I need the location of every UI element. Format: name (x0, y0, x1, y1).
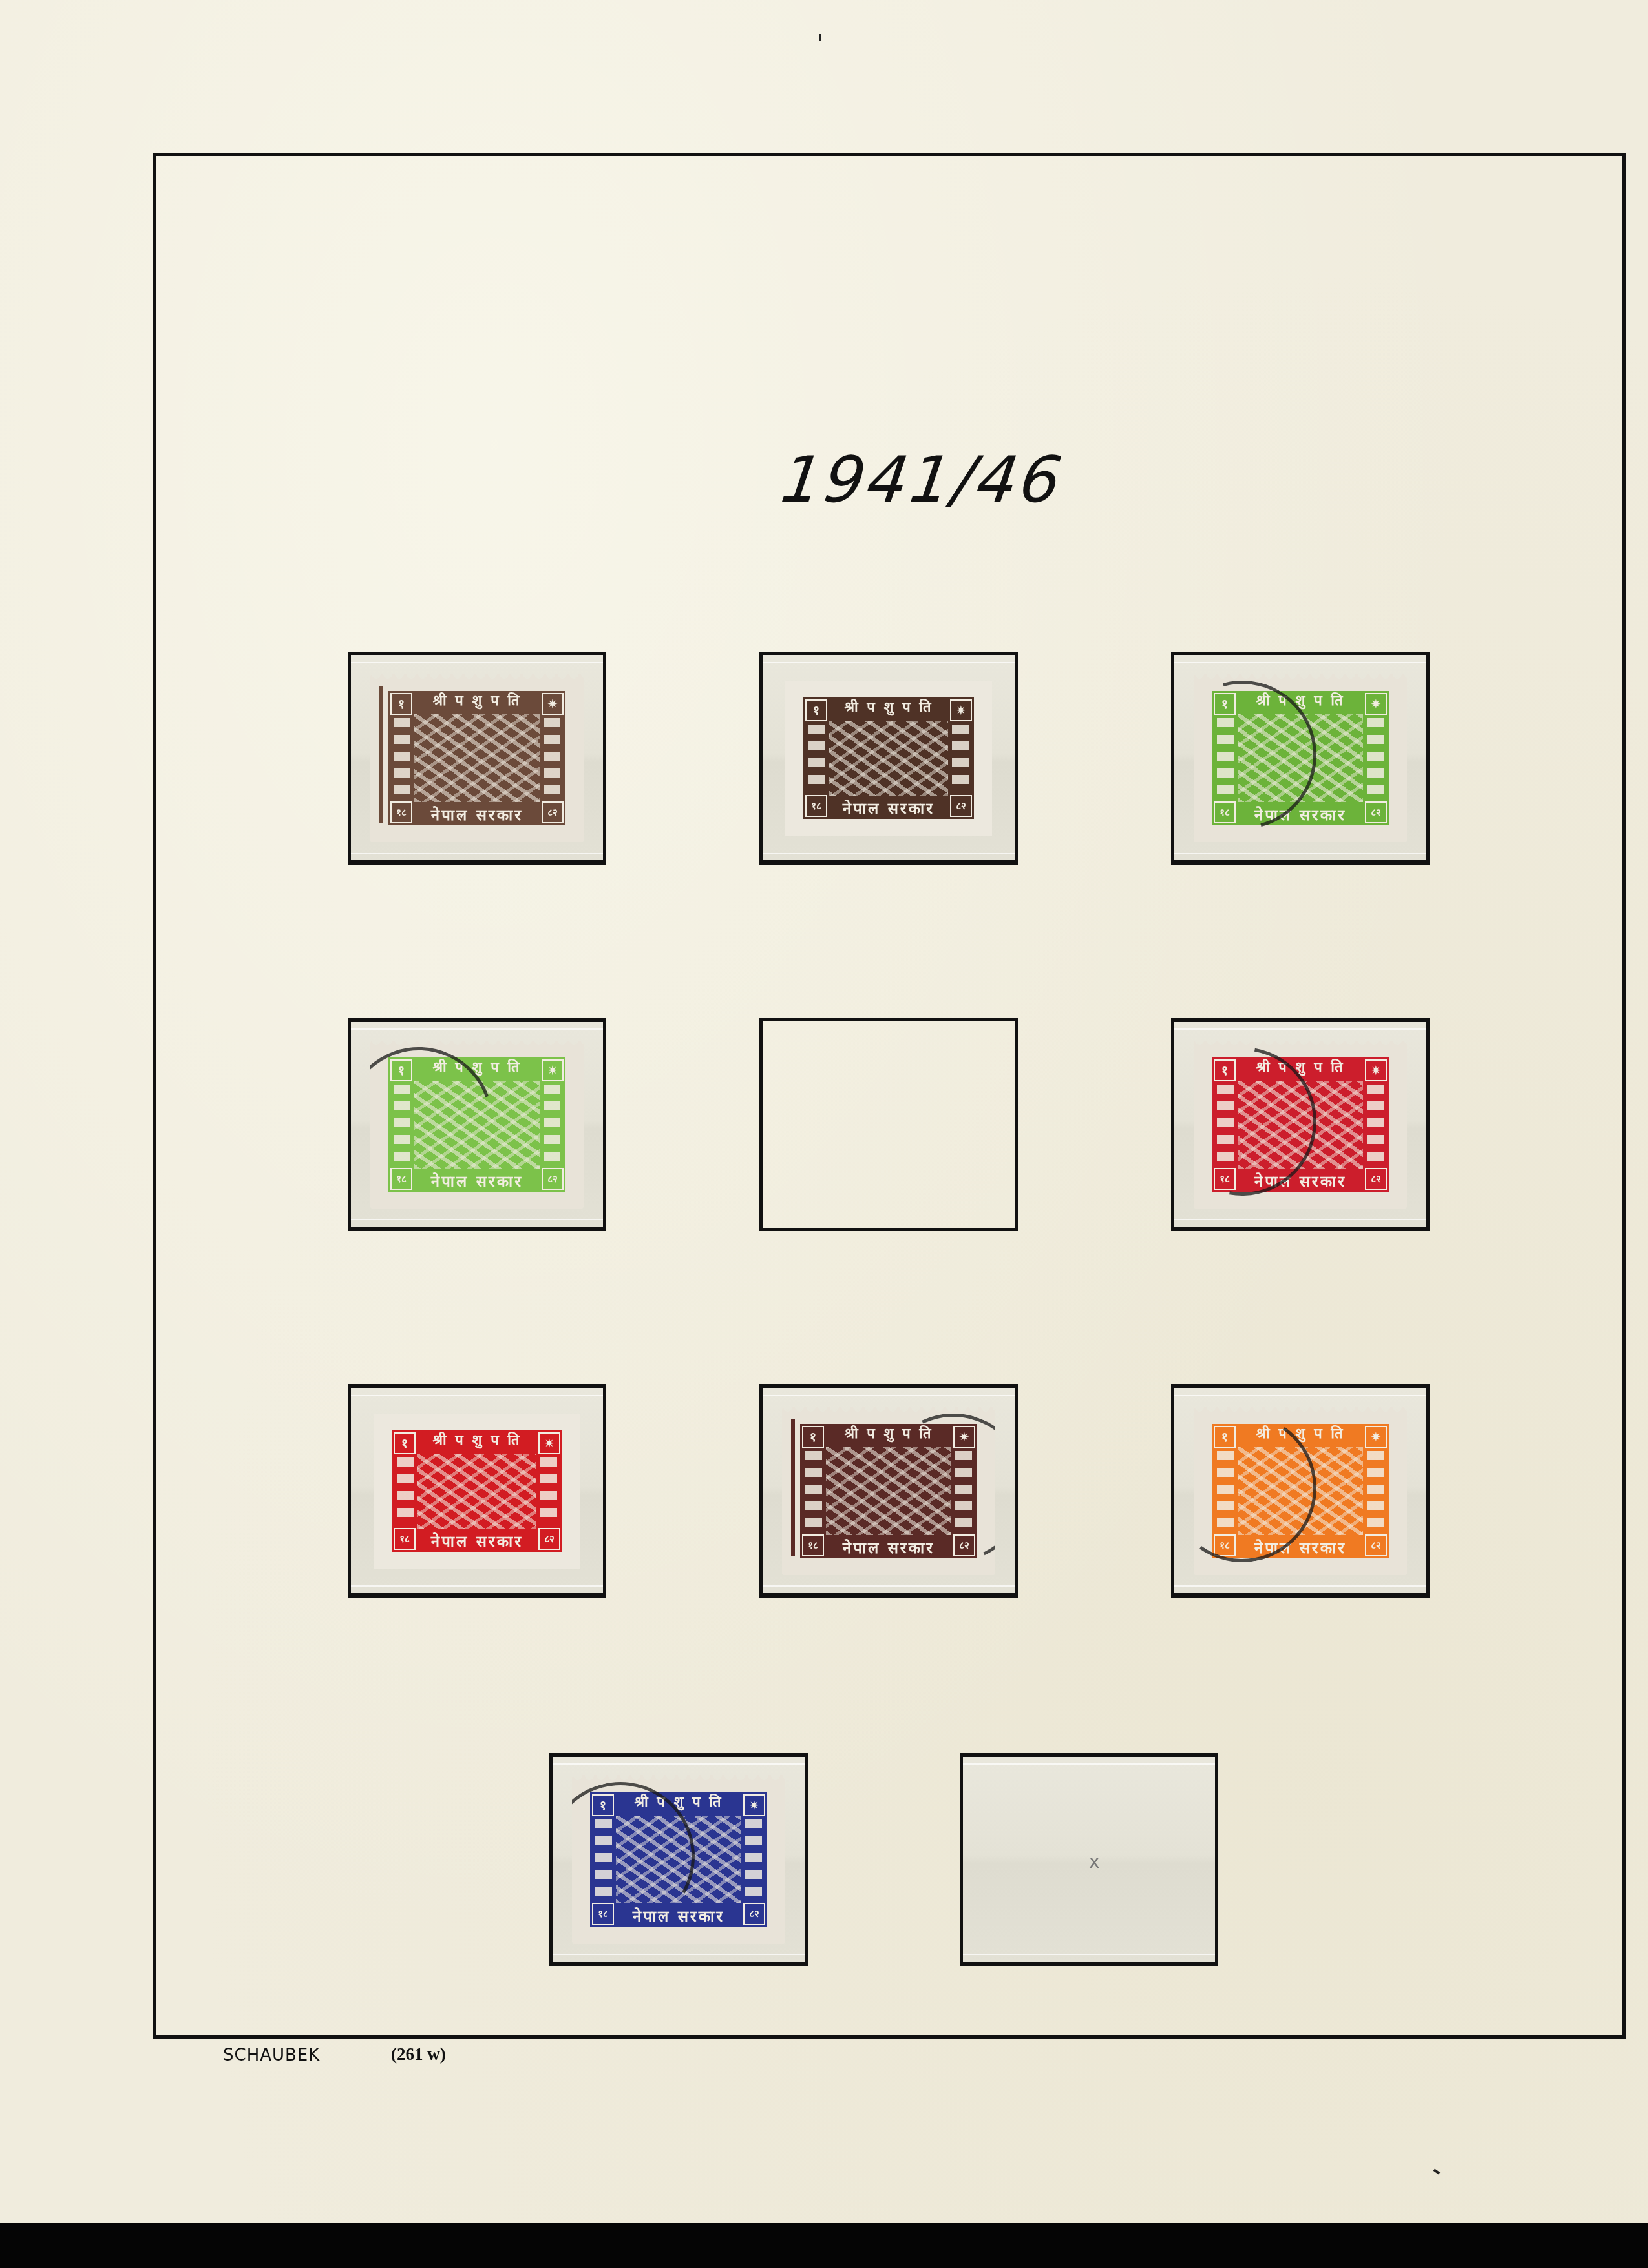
pencil-mark: x (1089, 1851, 1100, 1872)
stamp-corner-tr: ✷ (1365, 1059, 1387, 1081)
himalaya-vignette (829, 721, 948, 796)
stamp-corner-tl: १ (394, 1432, 416, 1454)
stamp-top-inscription: श्री प शु प ति (828, 699, 949, 717)
stamp-corner-bl: १८ (802, 1534, 824, 1556)
side-panel-right (544, 1085, 560, 1165)
stamp-corner-bl: १८ (805, 795, 827, 817)
stamp-corner-tr: ✷ (950, 699, 972, 721)
side-panel-left (397, 1457, 414, 1525)
stamp-corner-br: ८२ (743, 1903, 765, 1925)
stamp: श्री प शु प तिनेपाल सरकार१✷१८८२ (782, 1407, 995, 1575)
paper-speck (819, 34, 821, 41)
stamp-design: श्री प शु प तिनेपाल सरकार१✷१८८२ (803, 697, 974, 819)
stamp-slot: श्री प शु प तिनेपाल सरकार१✷१८८२ (1171, 1018, 1430, 1231)
side-panel-right (1367, 718, 1384, 798)
stamp-corner-bl: १८ (390, 801, 412, 823)
side-panel-right (745, 1819, 762, 1900)
page-code: (261 w) (391, 2044, 446, 2064)
himalaya-vignette (414, 714, 540, 802)
stamp: श्री प शु प तिनेपाल सरकार१✷१८८२ (370, 1041, 584, 1209)
stamp-slot: श्री प शु प तिनेपाल सरकार१✷१८८२ (348, 1384, 606, 1598)
stamp-corner-tr: ✷ (1365, 1426, 1387, 1448)
side-panel-left (805, 1451, 822, 1531)
stamp-design: श्री प शु प तिनेपाल सरकार१✷१८८२ (388, 691, 565, 825)
stamp-design: श्री प शु प तिनेपाल सरकार१✷१८८२ (392, 1430, 562, 1552)
stamp-corner-br: ८२ (542, 801, 564, 823)
stamp-slot: श्री प शु प तिनेपाल सरकार१✷१८८२ (759, 1384, 1018, 1598)
stamp-slot: श्री प शु प तिनेपाल सरकार१✷१८८२ (549, 1753, 808, 1966)
stamp: श्री प शु प तिनेपाल सरकार१✷१८८२ (572, 1775, 785, 1944)
stamp-corner-tr: ✷ (542, 1059, 564, 1081)
stamp-slot: श्री प शु प तिनेपाल सरकार१✷१८८२ (1171, 1384, 1430, 1598)
himalaya-vignette (417, 1454, 536, 1529)
stamp: श्री प शु प तिनेपाल सरकार१✷१८८२ (785, 681, 992, 836)
stamp-top-inscription: श्री प शु प ति (413, 692, 541, 710)
sheet-margin-line (379, 686, 383, 823)
stamp: श्री प शु प तिनेपाल सरकार१✷१८८२ (1194, 1041, 1407, 1209)
stamp-country-inscription: नेपाल सरकार (413, 806, 541, 824)
stamp-corner-br: ८२ (1365, 801, 1387, 823)
stamp-country-inscription: नेपाल सरकार (416, 1532, 538, 1551)
stamp: श्री प शु प तिनेपाल सरकार१✷१८८२ (1194, 1407, 1407, 1575)
page-title: 1941/46 (775, 432, 1021, 529)
side-panel-right (1367, 1085, 1384, 1165)
stamp-corner-tr: ✷ (538, 1432, 560, 1454)
stamp-corner-bl: १८ (394, 1528, 416, 1550)
stamp: श्री प शु प तिनेपाल सरकार१✷१८८२ (1194, 674, 1407, 842)
publisher-name: SCHAUBEK (223, 2046, 320, 2065)
stamp-corner-tl: १ (802, 1426, 824, 1448)
stamp-corner-tl: १ (805, 699, 827, 721)
side-panel-left (394, 718, 410, 798)
side-panel-right (544, 718, 560, 798)
stamp-corner-tr: ✷ (542, 693, 564, 715)
stamp-slot: श्री प शु प तिनेपाल सरकार१✷१८८२ (1171, 652, 1430, 865)
stamp-slot: श्री प शु प तिनेपाल सरकार१✷१८८२ (348, 1018, 606, 1231)
stamp-corner-tr: ✷ (1365, 693, 1387, 715)
stamp-corner-br: ८२ (1365, 1168, 1387, 1190)
stamp: श्री प शु प तिनेपाल सरकार१✷१८८२ (370, 674, 584, 842)
scan-bottom-edge (0, 2223, 1648, 2268)
side-panel-right (1367, 1451, 1384, 1531)
cancellation-postmark (1141, 653, 1344, 856)
stamp-top-inscription: श्री प शु प ति (416, 1432, 538, 1450)
side-panel-right (952, 725, 969, 792)
side-panel-right (540, 1457, 557, 1525)
empty-stamp-slot: x (960, 1753, 1218, 1966)
stamp-corner-tl: १ (390, 693, 412, 715)
stamp-corner-br: ८२ (542, 1168, 564, 1190)
stamp: श्री प शु प तिनेपाल सरकार१✷१८८२ (374, 1414, 580, 1569)
sheet-margin-line (791, 1419, 795, 1556)
stamp-corner-br: ८२ (950, 795, 972, 817)
stamp-country-inscription: नेपाल सरकार (828, 800, 949, 818)
stamp-slot: श्री प शु प तिनेपाल सरकार१✷१८८२ (348, 652, 606, 865)
empty-stamp-slot (759, 1018, 1018, 1231)
stamp-corner-br: ८२ (1365, 1534, 1387, 1556)
stamp-corner-br: ८२ (538, 1528, 560, 1550)
stamp-corner-tr: ✷ (743, 1794, 765, 1816)
side-panel-left (808, 725, 825, 792)
stamp-slot: श्री प शु प तिनेपाल सरकार१✷१८८२ (759, 652, 1018, 865)
